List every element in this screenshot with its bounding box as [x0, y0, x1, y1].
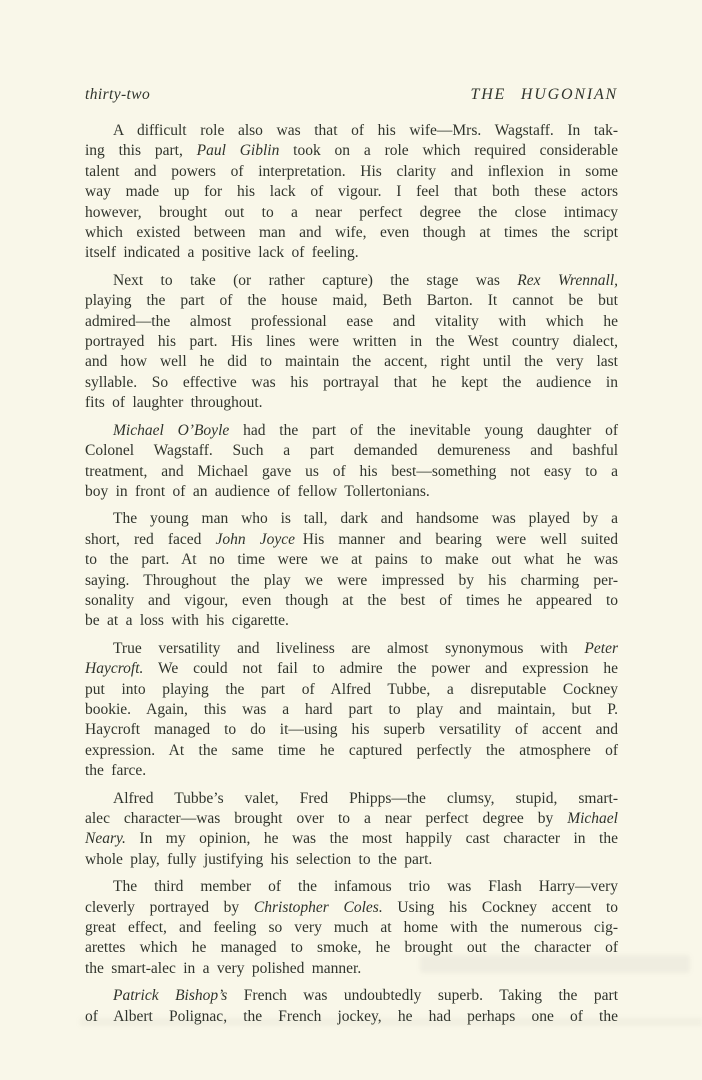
text-line: the farce. — [85, 761, 618, 781]
text-run: treatment, and Michael gave us of his be… — [85, 463, 618, 480]
paragraph: The third member of the infamous trio wa… — [85, 877, 618, 979]
paragraph: Patrick Bishop’s French was undoubtedly … — [85, 986, 618, 1027]
text-line: Next to take (or rather capture) the sta… — [85, 271, 618, 291]
text-line: and how well he did to maintain the acce… — [85, 352, 618, 372]
text-run: saying. Throughout the play we were impr… — [85, 572, 618, 589]
text-line: alec character—was brought over to a nea… — [85, 809, 618, 829]
person-name-italic: Patrick Bishop’s — [113, 987, 227, 1004]
text-run: be at a loss with his cigarette. — [85, 612, 289, 629]
person-name-italic: Neary. — [85, 830, 126, 847]
text-line: fits of laughter throughout. — [85, 393, 618, 413]
text-line: great effect, and feeling so very much a… — [85, 918, 618, 938]
text-line: admired—the almost professional ease and… — [85, 312, 618, 332]
person-name-italic: Michael — [567, 810, 618, 827]
text-line: to the part. At no time were we at pains… — [85, 550, 618, 570]
text-run: arettes which he managed to smoke, he br… — [85, 939, 618, 956]
text-run: fits of laughter throughout. — [85, 394, 263, 411]
paragraph: Alfred Tubbe’s valet, Fred Phipps—the cl… — [85, 789, 618, 871]
text-line: The third member of the infamous trio wa… — [85, 877, 618, 897]
text-line: Patrick Bishop’s French was undoubtedly … — [85, 986, 618, 1006]
page-number: thirty-two — [85, 86, 150, 104]
text-line: whole play, fully justifying his selecti… — [85, 850, 618, 870]
text-run: which existed between man and wife, even… — [85, 224, 618, 241]
paragraph: A difficult role also was that of his wi… — [85, 121, 618, 264]
article-body: A difficult role also was that of his wi… — [85, 121, 618, 1027]
person-name-italic: Michael O’Boyle — [113, 422, 229, 439]
text-line: Neary. In my opinion, he was the most ha… — [85, 829, 618, 849]
text-run: True versatility and liveliness are almo… — [113, 640, 584, 657]
text-run: boy in front of an audience of fellow To… — [85, 483, 430, 500]
paragraph: Michael O’Boyle had the part of the inev… — [85, 421, 618, 503]
text-run: cleverly portrayed by — [85, 899, 254, 916]
text-run: however, brought out to a near perfect d… — [85, 204, 618, 221]
text-run: short, red faced — [85, 531, 216, 548]
text-line: Haycroft managed to do it—using his supe… — [85, 720, 618, 740]
text-line: True versatility and liveliness are almo… — [85, 639, 618, 659]
text-line: A difficult role also was that of his wi… — [85, 121, 618, 141]
text-line: The young man who is tall, dark and hand… — [85, 509, 618, 529]
text-run: French was undoubtedly superb. Taking th… — [227, 987, 618, 1004]
person-name-italic: Christopher Coles. — [254, 899, 383, 916]
text-line: which existed between man and wife, even… — [85, 223, 618, 243]
text-run: had the part of the inevitable young dau… — [229, 422, 618, 439]
text-run: Colonel Wagstaff. Such a part demanded d… — [85, 442, 618, 459]
document-page: thirty-two THE HUGONIAN A difficult role… — [85, 86, 618, 1027]
text-run: His manner and bearing were well suited — [295, 531, 618, 548]
text-run: Next to take (or rather capture) the sta… — [113, 272, 517, 289]
text-run: A difficult role also was that of his wi… — [113, 122, 618, 139]
running-header: thirty-two THE HUGONIAN — [85, 86, 618, 104]
text-run: to the part. At no time were we at pains… — [85, 551, 618, 568]
text-run: expression. At the same time he captured… — [85, 742, 618, 759]
paragraph: True versatility and liveliness are almo… — [85, 639, 618, 782]
text-run: Alfred Tubbe’s valet, Fred Phipps—the cl… — [113, 790, 618, 807]
text-line: itself indicated a positive lack of feel… — [85, 243, 618, 263]
text-line: boy in front of an audience of fellow To… — [85, 482, 618, 502]
person-name-italic: Haycroft. — [85, 660, 143, 677]
text-line: however, brought out to a near perfect d… — [85, 203, 618, 223]
text-run: portrayed his part. His lines were writt… — [85, 333, 618, 350]
text-run: whole play, fully justifying his selecti… — [85, 851, 432, 868]
person-name-italic: Paul Giblin — [197, 142, 280, 159]
text-line: cleverly portrayed by Christopher Coles.… — [85, 898, 618, 918]
text-run: alec character—was brought over to a nea… — [85, 810, 567, 827]
text-run: great effect, and feeling so very much a… — [85, 919, 618, 936]
text-line: sonality and vigour, even though at the … — [85, 591, 618, 611]
text-run: syllable. So effective was his portrayal… — [85, 374, 618, 391]
text-run: ing this part, — [85, 142, 197, 159]
text-run: of Albert Polignac, the French jockey, h… — [85, 1008, 618, 1025]
text-run: talent and powers of interpretation. His… — [85, 163, 618, 180]
scanned-page: { "colors": { "paper": "#f9f7e9", "ink":… — [0, 0, 702, 1080]
text-line: Michael O’Boyle had the part of the inev… — [85, 421, 618, 441]
text-line: Colonel Wagstaff. Such a part demanded d… — [85, 441, 618, 461]
text-run: itself indicated a positive lack of feel… — [85, 244, 359, 261]
text-run: The young man who is tall, dark and hand… — [113, 510, 618, 527]
text-line: ing this part, Paul Giblin took on a rol… — [85, 141, 618, 161]
text-line: short, red faced John Joyce His manner a… — [85, 530, 618, 550]
text-run: playing the part of the house maid, Beth… — [85, 292, 618, 309]
person-name-italic: Rex Wrennall, — [517, 272, 618, 289]
text-line: the smart-alec in a very polished manner… — [85, 959, 618, 979]
text-line: playing the part of the house maid, Beth… — [85, 291, 618, 311]
text-run: the farce. — [85, 762, 146, 779]
text-run: way made up for his lack of vigour. I fe… — [85, 183, 618, 200]
text-line: way made up for his lack of vigour. I fe… — [85, 182, 618, 202]
journal-title: THE HUGONIAN — [471, 86, 619, 104]
text-line: of Albert Polignac, the French jockey, h… — [85, 1007, 618, 1027]
text-line: bookie. Again, this was a hard part to p… — [85, 700, 618, 720]
text-line: arettes which he managed to smoke, he br… — [85, 938, 618, 958]
text-line: be at a loss with his cigarette. — [85, 611, 618, 631]
person-name-italic: John Joyce — [216, 531, 296, 548]
text-run: We could not fail to admire the power an… — [143, 660, 618, 677]
text-line: put into playing the part of Alfred Tubb… — [85, 680, 618, 700]
text-line: Haycroft. We could not fail to admire th… — [85, 659, 618, 679]
text-line: syllable. So effective was his portrayal… — [85, 373, 618, 393]
person-name-italic: Peter — [584, 640, 618, 657]
text-run: admired—the almost professional ease and… — [85, 313, 618, 330]
paragraph: Next to take (or rather capture) the sta… — [85, 271, 618, 414]
text-run: put into playing the part of Alfred Tubb… — [85, 681, 618, 698]
text-run: In my opinion, he was the most happily c… — [126, 830, 618, 847]
text-run: the smart-alec in a very polished manner… — [85, 960, 361, 977]
text-line: expression. At the same time he captured… — [85, 741, 618, 761]
text-line: talent and powers of interpretation. His… — [85, 162, 618, 182]
text-line: portrayed his part. His lines were writt… — [85, 332, 618, 352]
text-run: Haycroft managed to do it—using his supe… — [85, 721, 618, 738]
text-run: bookie. Again, this was a hard part to p… — [85, 701, 618, 718]
paragraph: The young man who is tall, dark and hand… — [85, 509, 618, 631]
text-run: took on a role which required considerab… — [279, 142, 618, 159]
text-line: Alfred Tubbe’s valet, Fred Phipps—the cl… — [85, 789, 618, 809]
text-run: The third member of the infamous trio wa… — [113, 878, 618, 895]
text-line: treatment, and Michael gave us of his be… — [85, 462, 618, 482]
text-run: and how well he did to maintain the acce… — [85, 353, 618, 370]
text-run: Using his Cockney accent to — [383, 899, 618, 916]
text-run: sonality and vigour, even though at the … — [85, 592, 618, 609]
text-line: saying. Throughout the play we were impr… — [85, 571, 618, 591]
